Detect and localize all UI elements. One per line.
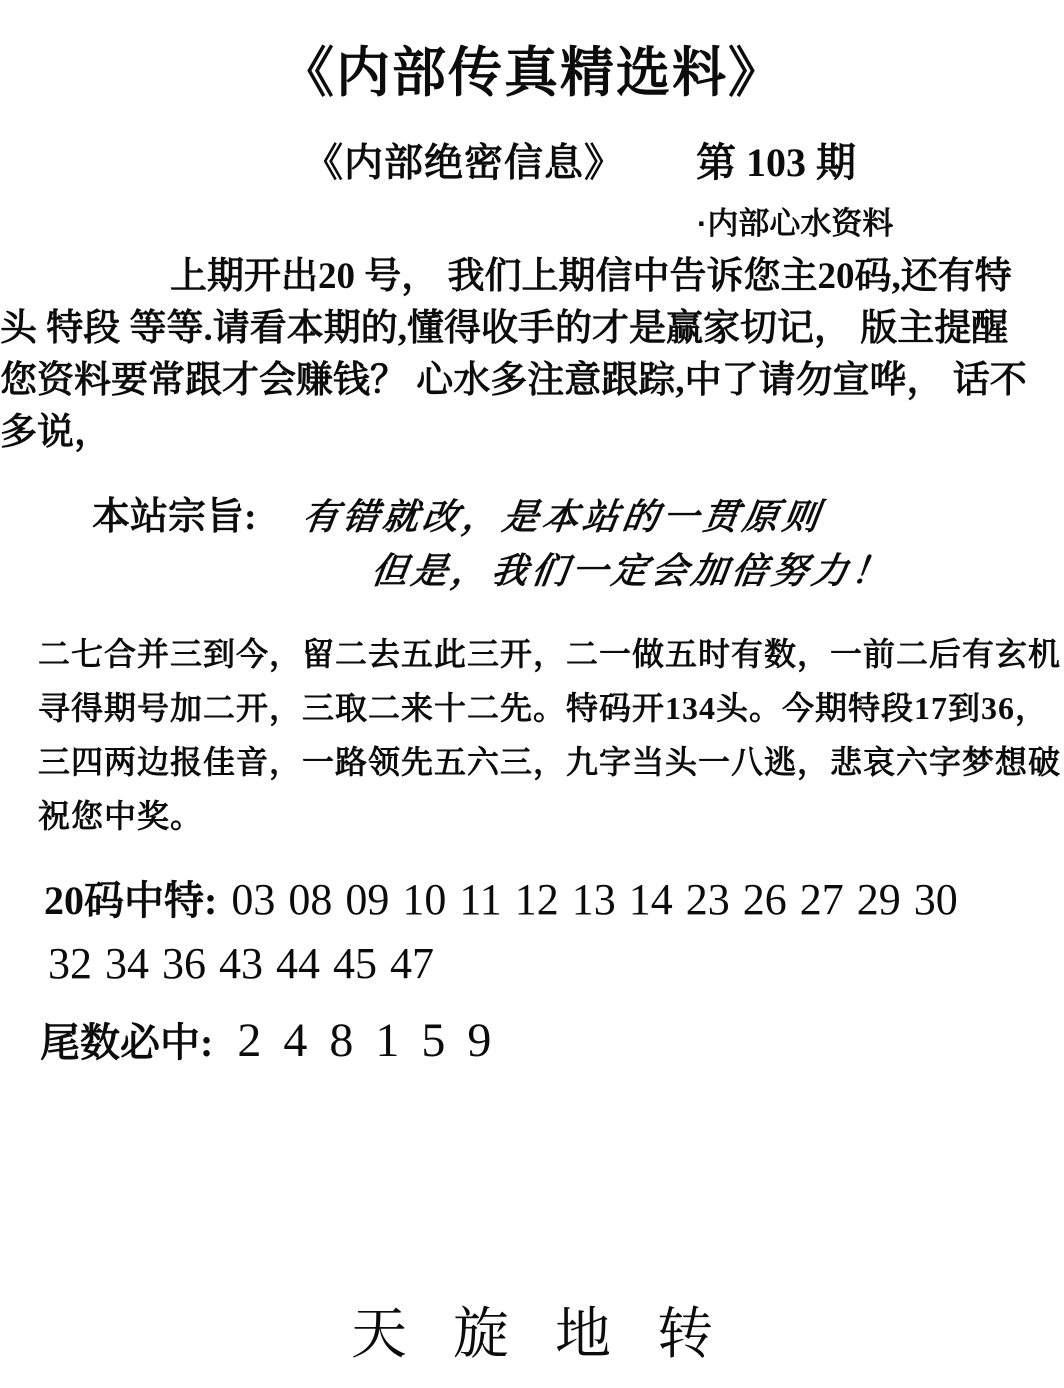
tagline: ·内部心水资料 (697, 198, 1064, 243)
issue-number: 第 103 期 (696, 131, 856, 188)
pick-number: 30 (914, 874, 958, 925)
pick-number: 14 (629, 874, 673, 925)
pick-number: 09 (345, 874, 389, 925)
tail-digits-row: 尾数必中:248159 (40, 1011, 1064, 1068)
tail-number: 5 (421, 1013, 445, 1068)
pick-number: 26 (743, 874, 787, 925)
pick-number: 44 (276, 938, 320, 989)
pick-number: 03 (231, 874, 275, 925)
intro-line: 上期开出20 号， 我们上期信中告诉您主20码,还有特 (0, 251, 1064, 303)
poem-line: 祝您中奖。 (38, 789, 1064, 843)
tail-number: 1 (375, 1013, 399, 1068)
tail-label: 尾数必中: (40, 1020, 213, 1065)
picks-numbers-row1: 03080910111213142326272930 (231, 901, 970, 918)
tail-number: 8 (329, 1013, 353, 1068)
motto-label: 本站宗旨: (92, 496, 257, 538)
pick-number: 13 (572, 874, 616, 925)
motto-row2: 但是，我们一定会加倍努力！ (372, 543, 1064, 601)
picks-row-2: 32343643444547 (48, 938, 1064, 989)
motto-line2: 但是，我们一定会加倍努力！ (368, 543, 895, 594)
poem-line: 三四两边报佳音，一路领先五六三，九字当头一八逃，悲哀六字梦想破 (38, 735, 1064, 789)
pick-number: 32 (48, 938, 92, 989)
intro-line: 多说， (0, 407, 1064, 459)
number-poem: 二七合并三到今，留二去五此三开，二一做五时有数，一前二后有玄机寻得期号加二开，三… (38, 627, 1064, 843)
picks-label: 20码中特: (44, 878, 217, 923)
pick-number: 47 (390, 938, 434, 989)
pick-number: 27 (800, 874, 844, 925)
tail-numbers: 248159 (237, 1043, 513, 1060)
pick-number: 11 (459, 874, 501, 925)
pick-number: 10 (402, 874, 446, 925)
intro-line: 您资料要常跟才会赚钱？ 心水多注意跟踪,中了请勿宣哗， 话不 (0, 355, 1064, 407)
motto-row: 本站宗旨:有错就改，是本站的一贯原则 (92, 485, 1064, 543)
pick-number: 23 (686, 874, 730, 925)
subtitle-row: 《内部绝密信息》 第 103 期 (0, 131, 1064, 188)
picks-row-1: 20码中特:03080910111213142326272930 (44, 869, 1064, 926)
intro-paragraph: 上期开出20 号， 我们上期信中告诉您主20码,还有特头 特段 等等.请看本期的… (0, 251, 1064, 459)
pick-number: 12 (515, 874, 559, 925)
poem-line: 二七合并三到今，留二去五此三开，二一做五时有数，一前二后有玄机 (38, 627, 1064, 681)
pick-number: 45 (333, 938, 377, 989)
pick-number: 29 (857, 874, 901, 925)
footer-slogan: 天旋地转 (0, 1290, 1064, 1370)
tail-number: 2 (237, 1013, 261, 1068)
tail-number: 4 (283, 1013, 307, 1068)
pick-number: 34 (105, 938, 149, 989)
tail-number: 9 (467, 1013, 491, 1068)
subtitle: 《内部绝密信息》 (304, 132, 624, 188)
intro-line: 头 特段 等等.请看本期的,懂得收手的才是赢家切记， 版主提醒 (0, 303, 1064, 355)
pick-number: 36 (162, 938, 206, 989)
motto-line1: 有错就改，是本站的一贯原则 (299, 489, 826, 540)
pick-number: 08 (288, 874, 332, 925)
page-title: 《内部传真精选料》 (0, 30, 1064, 107)
poem-line: 寻得期号加二开，三取二来十二先。特码开134头。今期特段17到36， (38, 681, 1064, 735)
pick-number: 43 (219, 938, 263, 989)
fax-sheet-page: 《内部传真精选料》 《内部绝密信息》 第 103 期 ·内部心水资料 上期开出2… (0, 0, 1064, 1388)
